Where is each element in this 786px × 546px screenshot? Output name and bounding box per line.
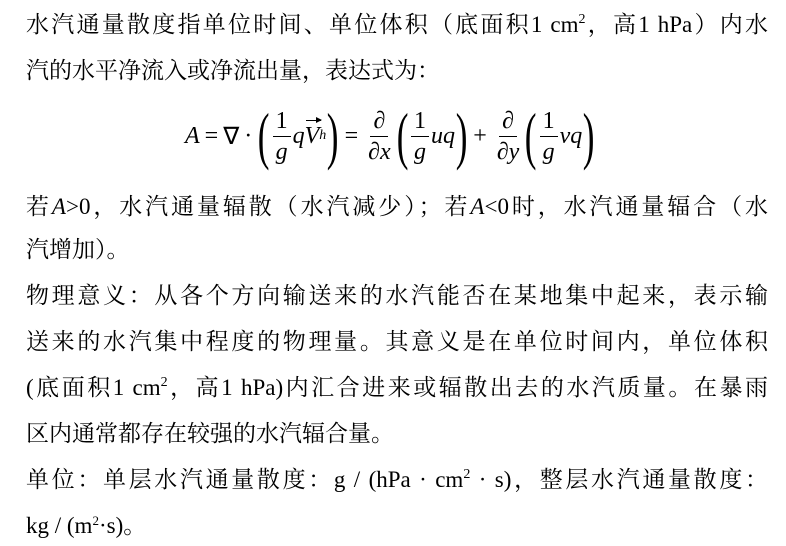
text: ，高1 hPa)内汇合进来或辐散出去的水汽质量。在暴雨 <box>168 375 768 400</box>
formula-vq: vq <box>560 123 583 150</box>
left-paren: ( <box>396 104 408 168</box>
denominator: g <box>411 137 429 164</box>
plus-operator: + <box>473 123 487 150</box>
fraction-1-over-g: 1 g <box>540 109 558 164</box>
text: 若 <box>26 194 52 219</box>
text: 单位：单层水汽通量散度：g / (hPa · cm <box>26 467 463 492</box>
text: kg / (m <box>26 513 92 538</box>
variable-A: A <box>52 194 66 219</box>
numerator: 1 <box>273 109 291 137</box>
subscript-h: h <box>319 128 326 144</box>
sign-meaning-line-1: 若A>0，水汽通量辐散（水汽减少）；若A<0时，水汽通量辐合（水 <box>26 192 768 222</box>
unit-line-2: kg / (m2·s)。 <box>26 511 146 541</box>
text: >0，水汽通量辐散（水汽减少）；若 <box>66 194 470 219</box>
numerator: ∂ <box>370 109 388 137</box>
superscript: 2 <box>579 12 586 27</box>
left-paren: ( <box>258 104 270 168</box>
physical-meaning-line-2: 送来的水汽集中程度的物理量。其意义是在单位时间内，单位体积 <box>26 327 768 357</box>
denominator: ∂y <box>494 137 523 164</box>
text: (底面积1 cm <box>26 375 161 400</box>
vector-letter: V <box>305 123 320 149</box>
text: <0时，水汽通量辐合（水 <box>484 194 768 219</box>
numerator: 1 <box>411 109 429 137</box>
denominator: g <box>540 137 558 164</box>
superscript: 2 <box>161 375 168 390</box>
formula-uq: uq <box>431 123 455 150</box>
definition-line-1: 水汽通量散度指单位时间、单位体积（底面积1 cm2，高1 hPa）内水 <box>26 10 768 40</box>
formula-equals: = <box>205 123 219 150</box>
text: 水汽通量散度指单位时间、单位体积（底面积1 cm <box>26 12 579 37</box>
definition-line-2: 汽的水平净流入或净流出量，表达式为： <box>26 56 440 86</box>
variable-A: A <box>470 194 484 219</box>
denominator: g <box>273 137 291 164</box>
numerator: ∂ <box>499 109 517 137</box>
formula-q: q <box>293 123 305 150</box>
physical-meaning-line-1: 物理意义：从各个方向输送来的水汽能否在某地集中起来，表示输 <box>26 281 768 311</box>
text: ，高1 hPa）内水 <box>586 12 768 37</box>
left-paren: ( <box>525 104 537 168</box>
text: · s)，整层水汽通量散度： <box>470 467 768 492</box>
numerator: 1 <box>540 109 558 137</box>
nabla-symbol: ∇ <box>223 122 239 151</box>
partial-x-fraction: ∂ ∂x <box>365 109 394 164</box>
right-paren: ) <box>583 104 595 168</box>
formula-A: A <box>185 123 200 150</box>
sign-meaning-line-2: 汽增加）。 <box>26 235 130 265</box>
physical-meaning-line-4: 区内通常都存在较强的水汽辐合量。 <box>26 419 394 449</box>
right-paren: ) <box>327 104 339 168</box>
fraction-1-over-g: 1 g <box>273 109 291 164</box>
formula-equals: = <box>345 123 359 150</box>
denominator: ∂x <box>365 137 394 164</box>
physical-meaning-line-3: (底面积1 cm2，高1 hPa)内汇合进来或辐散出去的水汽质量。在暴雨 <box>26 373 768 403</box>
fraction-1-over-g: 1 g <box>411 109 429 164</box>
vector-V: V <box>305 123 320 150</box>
dot-operator: · <box>244 123 252 150</box>
partial-y-fraction: ∂ ∂y <box>494 109 523 164</box>
unit-line-1: 单位：单层水汽通量散度：g / (hPa · cm2 · s)，整层水汽通量散度… <box>26 465 768 495</box>
text: ·s)。 <box>99 513 146 538</box>
right-paren: ) <box>456 104 468 168</box>
divergence-formula: A = ∇ · ( 1 g q Vh ) = ∂ ∂x ( 1 g uq ) +… <box>185 100 596 172</box>
